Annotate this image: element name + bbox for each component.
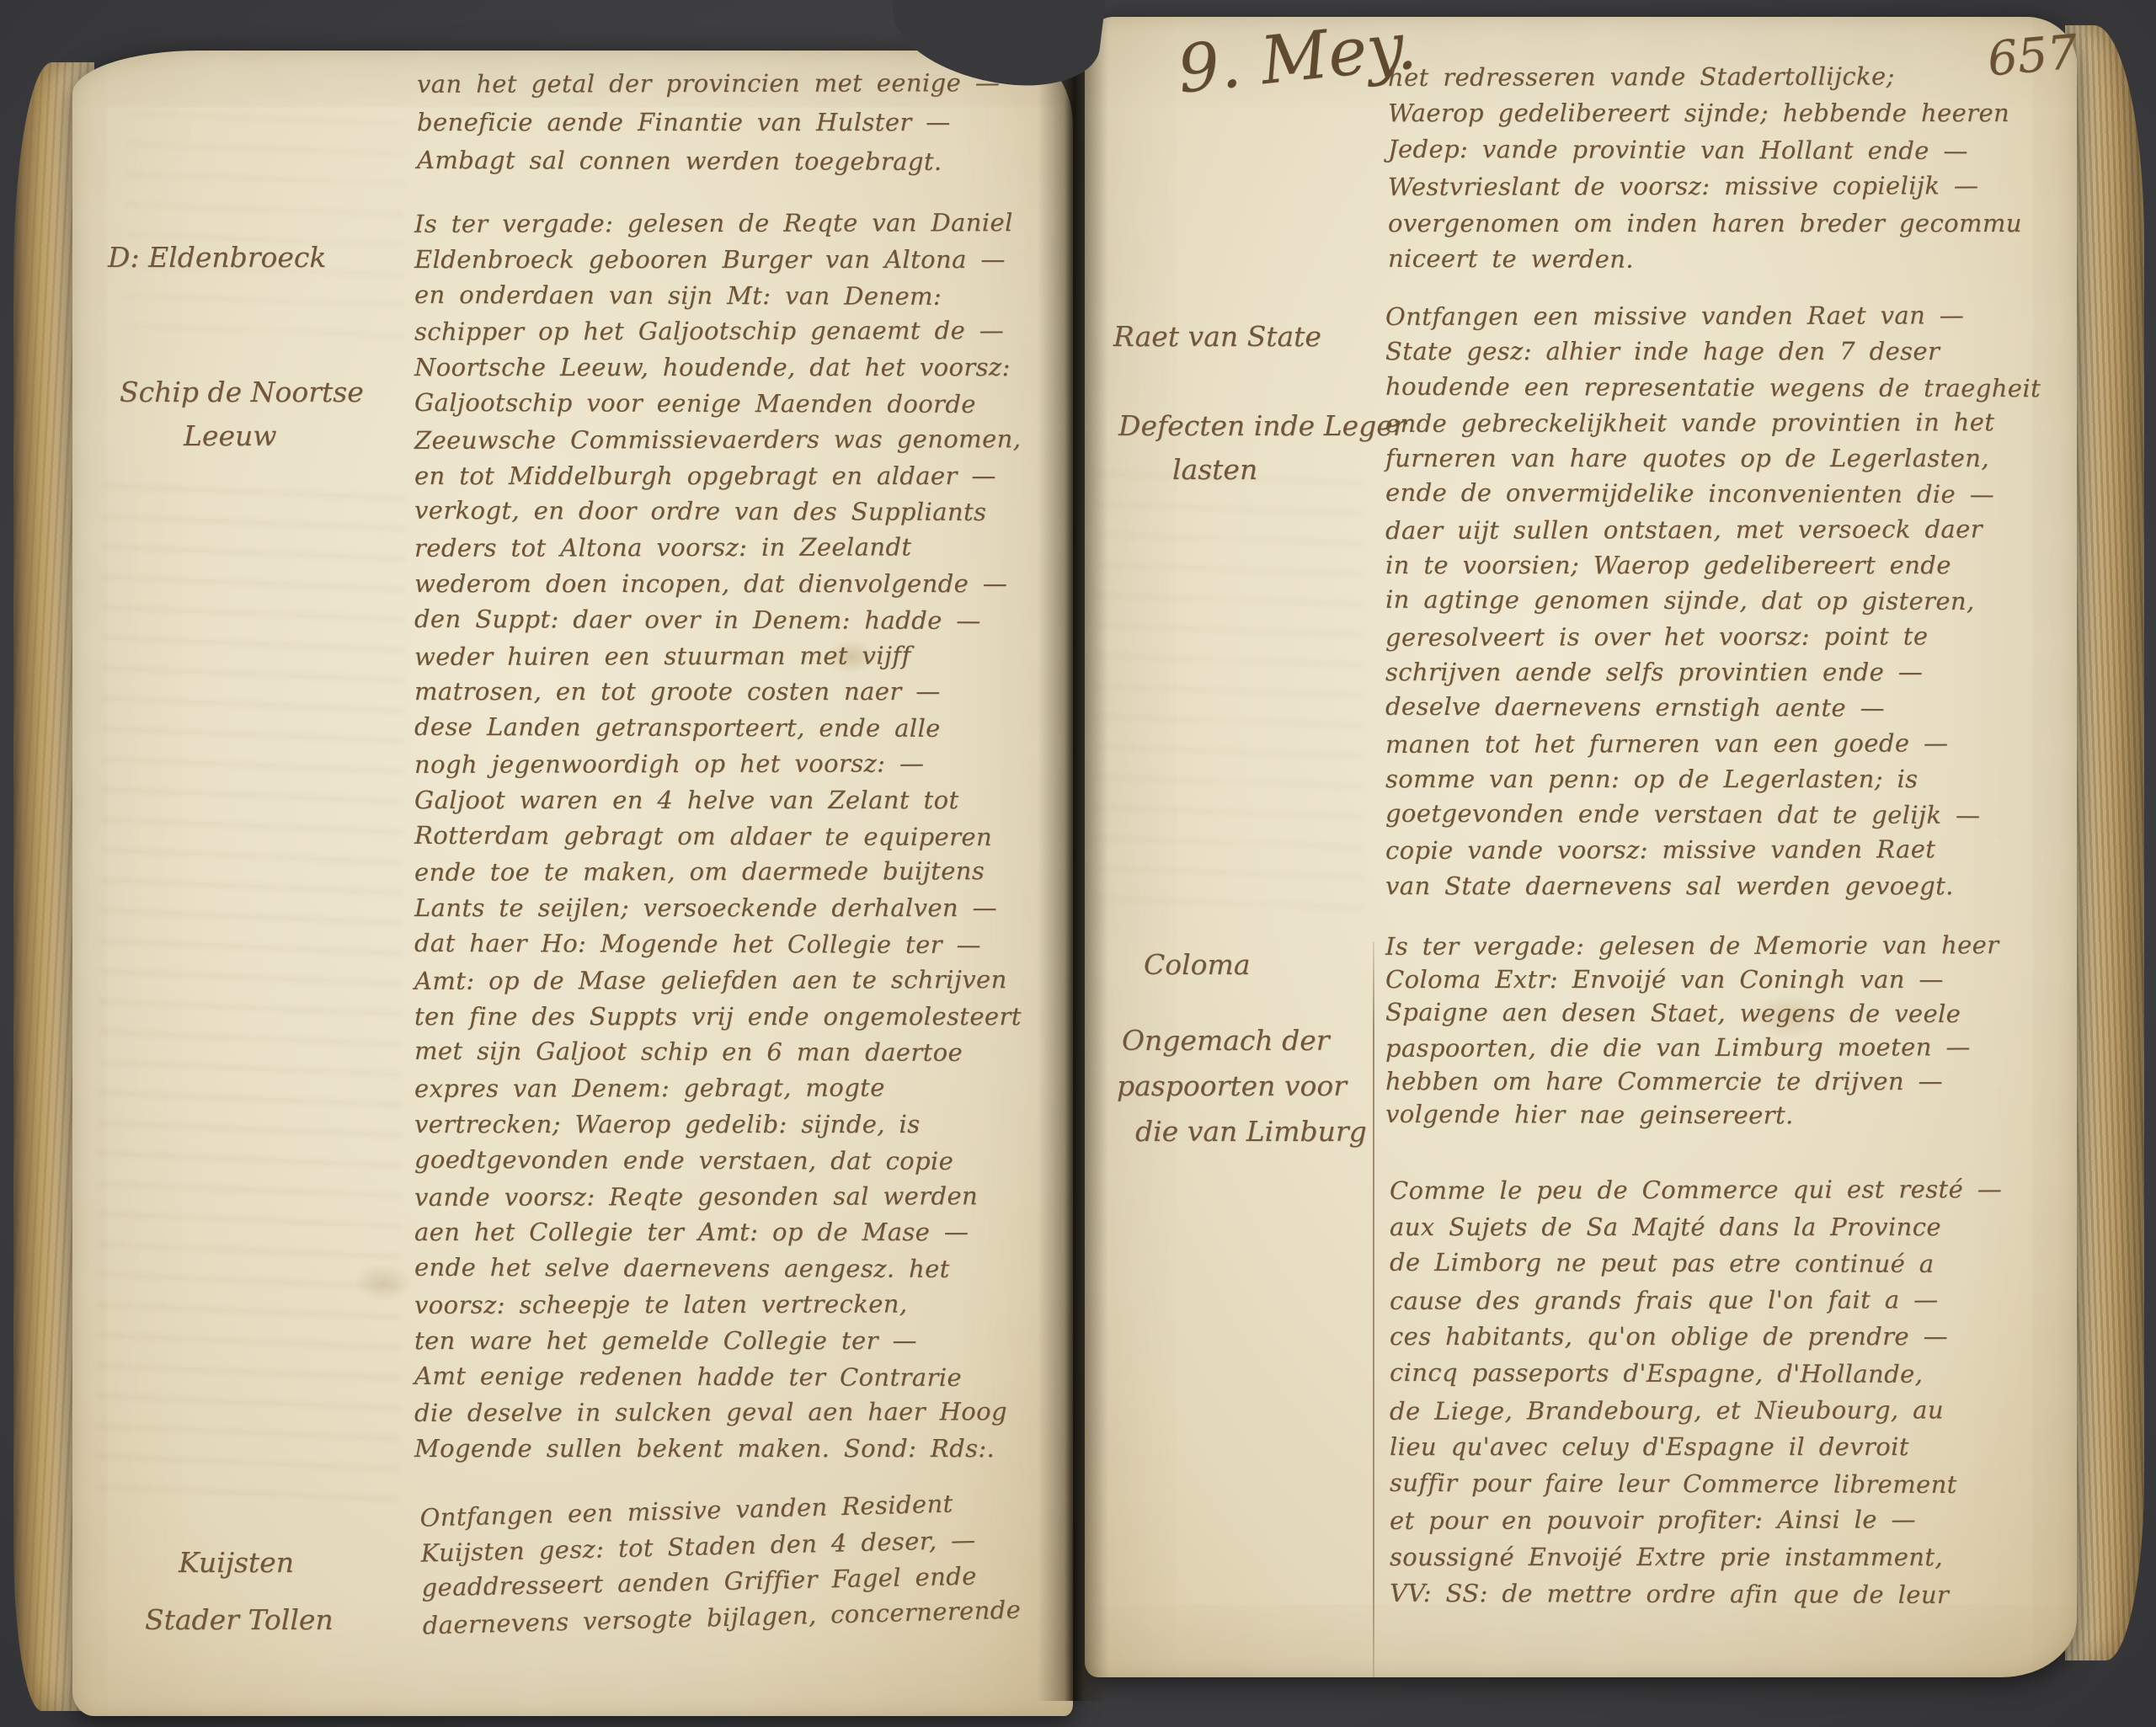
book-gutter-shadow [1038,12,1108,1701]
manuscript-line: ten ware het gemelde Collegie ter — [414,1323,1022,1359]
manuscript-line: matrosen, en tot groote costen naer — [414,674,1022,710]
manuscript-line: voorsz: scheepje te laten vertrecken, [414,1286,1022,1324]
manuscript-line: furneren van hare quotes op de Legerlast… [1385,440,2041,476]
manuscript-line: die deselve in sulcken geval aen haer Ho… [414,1394,1022,1431]
manuscript-line: Comme le peu de Commerce qui est resté — [1390,1171,2002,1209]
manuscript-line: Is ter vergade: gelesen de Reqte van Dan… [414,205,1022,243]
margin-note-defecten-line2: lasten [1172,453,1257,486]
manuscript-line: et pour en pouvoir profiter: Ainsi le — [1390,1501,2002,1539]
manuscript-line: Spaigne aen desen Staet, wegens de veele [1385,995,1999,1031]
margin-note-stader-tollen: Stader Tollen [145,1603,334,1636]
manuscript-line: Jedep: vande provintie van Hollant ende … [1388,131,2022,170]
manuscript-line: nogh jegenwoordigh op het voorsz: — [414,745,1022,783]
manuscript-line: het redresseren vande Stadertollijcke; [1388,58,2022,96]
manuscript-line: Lants te seijlen; versoeckende derhalven… [414,890,1022,926]
manuscript-line: Is ter vergade: gelesen de Memorie van h… [1385,928,1999,963]
manuscript-line: in te voorsien; Waerop gedelibereert end… [1385,547,2041,583]
manuscript-line: dat haer Ho: Mogende het Collegie ter — [414,925,1022,963]
manuscript-line: Amt: op de Mase geliefden aen te schrijv… [414,962,1022,999]
manuscript-line: aux Sujets de Sa Majté dans la Province [1390,1209,2002,1246]
manuscript-line: Coloma Extr: Envoijé van Coningh van — [1385,962,1999,996]
manuscript-line: volgende hier nae geinsereert. [1385,1097,1999,1133]
manuscript-line: ende de onvermijdelike inconvenienten di… [1385,475,2041,513]
left-paragraph-1: van het getal der provincien met eenige … [417,64,1000,180]
margin-note-ongemach-line3: die van Limburg [1135,1115,1367,1148]
manuscript-line: Galjoot waren en 4 helve van Zelant tot [414,782,1022,818]
margin-note-ongemach-line1: Ongemach der [1122,1024,1330,1057]
manuscript-line: Westvrieslant de voorsz: missive copieli… [1388,168,2022,205]
manuscript-line: van State daernevens sal werden gevoegt. [1385,868,2041,903]
manuscript-line: ten fine des Suppts vrij ende ongemolest… [414,999,1022,1035]
manuscript-line: ende toe te maken, om daermede buijtens [414,853,1022,891]
photo-background: D: Eldenbroeck Schip de Noortse Leeuw Ku… [0,0,2156,1727]
manuscript-line: soussigné Envoijé Extre prie instamment, [1390,1539,2002,1576]
manuscript-line: niceert te werden. [1388,241,2022,280]
manuscript-line: deselve daernevens ernstigh aente — [1385,689,2041,727]
manuscript-line: de Liege, Brandebourg, et Nieubourg, au [1390,1392,2002,1430]
manuscript-line: vande voorsz: Reqte gesonden sal werden [414,1178,1022,1216]
manuscript-line: houdende een representatie wegens de tra… [1385,368,2041,406]
manuscript-line: wederom doen incopen, dat dienvolgende — [414,566,1022,602]
manuscript-line: verkogt, en door ordre van des Suppliant… [414,493,1022,530]
manuscript-line: Rotterdam gebragt om aldaer te equiperen [414,817,1022,855]
manuscript-line: de Limborg ne peut pas etre continué a [1390,1245,2002,1283]
margin-note-ongemach-line2: paspoorten voor [1117,1069,1347,1102]
manuscript-line: en onderdaen van sijn Mt: van Denem: [414,276,1022,314]
manuscript-line: Zeeuwsche Commissievaerders was genomen, [414,421,1022,459]
left-paragraph-2: Is ter vergade: gelesen de Reqte van Dan… [414,205,1022,1467]
manuscript-line: ende het selve daernevens aengesz. het [414,1250,1022,1287]
manuscript-line: goetgevonden ende verstaen dat te gelijk… [1385,796,2041,834]
margin-note-defecten-line1: Defecten inde Leger [1118,409,1406,442]
right-paragraph-3: Is ter vergade: gelesen de Memorie van h… [1385,929,1999,1132]
manuscript-line: den Suppt: daer over in Denem: hadde — [414,601,1022,639]
manuscript-line: cause des grands frais que l'on fait a — [1390,1282,2002,1319]
manuscript-line: schipper op het Galjootschip genaemt de … [414,313,1022,351]
manuscript-line: expres van Denem: gebragt, mogte [414,1069,1022,1107]
manuscript-line: Ontfangen een missive vanden Raet van — [1385,297,2041,334]
manuscript-line: suffir pour faire leur Commerce libremen… [1390,1465,2002,1504]
manuscript-line: beneficie aende Finantie van Hulster — [417,103,1000,141]
manuscript-line: VV: SS: de mettre ordre afin que de leur [1390,1575,2002,1613]
manuscript-line: paspoorten, die die van Limburg moeten — [1385,1030,1999,1065]
margin-note-kuijsten: Kuijsten [179,1546,294,1579]
manuscript-line: lieu qu'avec celuy d'Espagne il devroit [1390,1429,2002,1466]
manuscript-line: reders tot Altona voorsz: in Zeelandt [414,529,1022,567]
manuscript-line: Ambagt sal connen werden toegebragt. [417,141,1000,181]
manuscript-line: weder huiren een stuurman met vijff [414,637,1022,675]
manuscript-line: vertrecken; Waerop gedelib: sijnde, is [414,1106,1022,1143]
manuscript-line: ende gebreckelijkheit vande provintien i… [1385,404,2041,441]
manuscript-line: met sijn Galjoot schip en 6 man daertoe [414,1033,1022,1071]
manuscript-line: Waerop gedelibereert sijnde; hebbende he… [1388,95,2022,131]
manuscript-line: schrijven aende selfs provintien ende — [1385,654,2041,690]
manuscript-line: van het getal der provincien met eenige … [417,63,1000,104]
manuscript-line: ces habitants, qu'on oblige de prendre — [1390,1319,2002,1356]
right-paragraph-4: Comme le peu de Commerce qui est resté —… [1390,1172,2002,1612]
manuscript-line: Mogende sullen bekent maken. Sond: Rds:. [414,1431,1022,1467]
manuscript-line: cincq passeports d'Espagne, d'Hollande, [1390,1355,2002,1394]
manuscript-line: manen tot het furneren van een goede — [1385,725,2041,762]
margin-note-schip-line1: Schip de Noortse [120,376,364,408]
manuscript-line: in agtinge genomen sijnde, dat op gister… [1385,582,2041,620]
manuscript-line: dese Landen getransporteert, ende alle [414,709,1022,747]
manuscript-line: goedtgevonden ende verstaen, dat copie [414,1142,1022,1180]
manuscript-line: copie vande voorsz: missive vanden Raet [1385,832,2041,869]
manuscript-line: Amt eenige redenen hadde ter Contrarie [414,1357,1022,1395]
manuscript-line: Galjootschip voor eenige Maenden doorde [414,385,1022,423]
margin-note-eldenbroeck: D: Eldenbroeck [108,241,326,274]
manuscript-line: geresolveert is over het voorsz: point t… [1385,618,2041,655]
right-paragraph-2: Ontfangen een missive vanden Raet van —S… [1385,298,2041,903]
manuscript-line: Noortsche Leeuw, houdende, dat het voors… [414,349,1022,386]
manuscript-line: daer uijt sullen ontstaen, met versoeck … [1385,511,2041,548]
manuscript-line: overgenomen om inden haren breder gecomm… [1388,205,2022,242]
margin-note-schip-line2: Leeuw [184,419,276,452]
margin-note-raet-van-state: Raet van State [1113,320,1321,353]
manuscript-line: en tot Middelburgh opgebragt en aldaer — [414,458,1022,494]
manuscript-line: aen het Collegie ter Amt: op de Mase — [414,1214,1022,1250]
manuscript-line: Eldenbroeck gebooren Burger van Altona — [414,242,1022,278]
margin-note-coloma: Coloma [1144,948,1251,981]
left-paragraph-3: Ontfangen een missive vanden ResidentKui… [419,1484,1022,1642]
manuscript-line: State gesz: alhier inde hage den 7 deser [1385,333,2041,369]
manuscript-line: somme van penn: op de Legerlasten; is [1385,761,2041,797]
right-paragraph-1: het redresseren vande Stadertollijcke;Wa… [1388,59,2022,278]
right-page-fore-edge [2065,25,2144,1660]
margin-rule-line [1373,941,1374,1677]
manuscript-line: hebben om hare Commercie te drijven — [1385,1064,1999,1098]
